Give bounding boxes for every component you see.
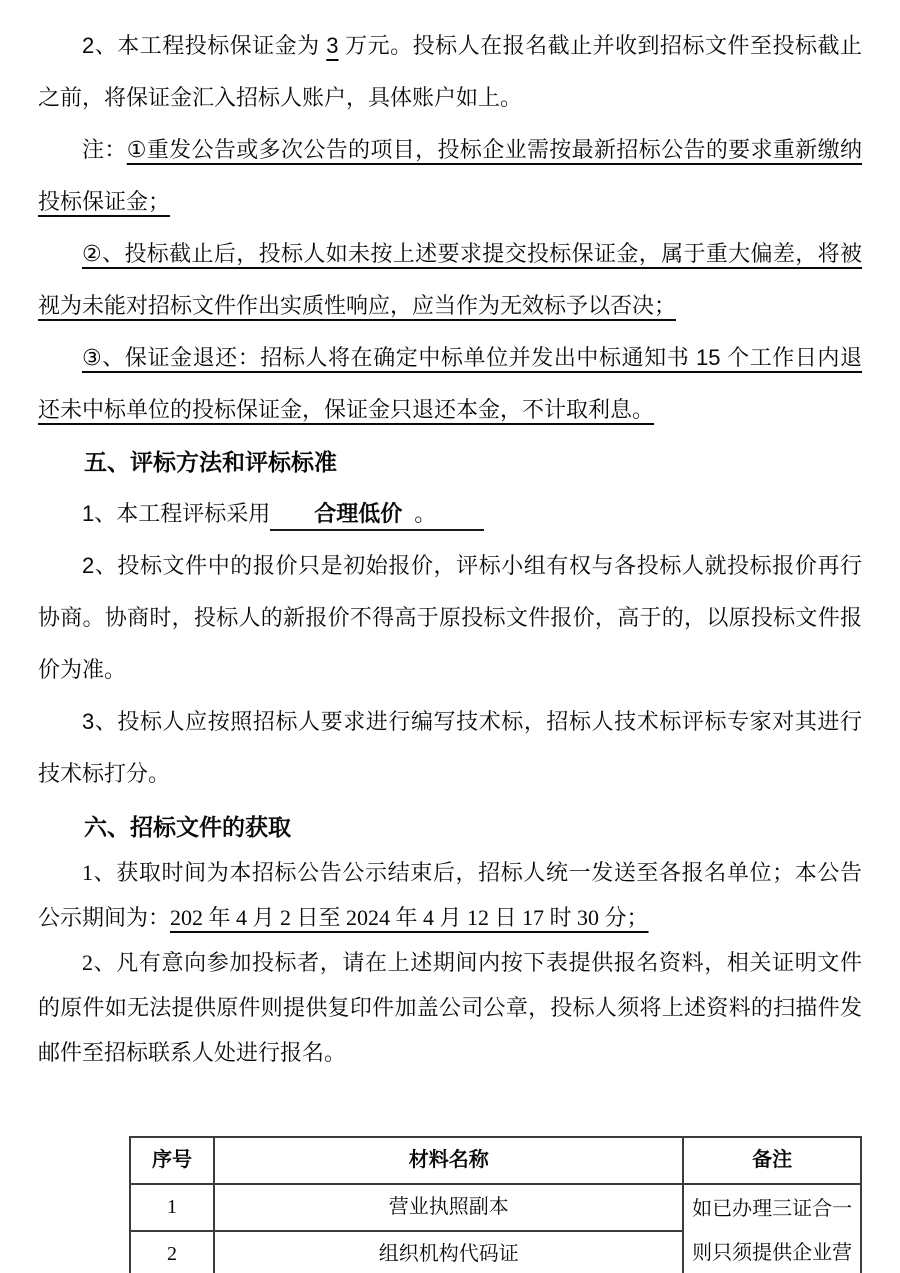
remark-line-2: 则只须提供企业营 [692, 1242, 852, 1264]
header-cell-remark: 备注 [683, 1137, 861, 1184]
section5-item-2: 2、投标文件中的报价只是初始报价，评标小组有权与各投标人就投标报价再行协商。协商… [38, 540, 862, 696]
materials-table: 序号 材料名称 备注 1 营业执照副本 如已办理三证合一则只须提供企业营 2 组… [129, 1136, 862, 1273]
note-label: 注： [82, 137, 127, 162]
evaluation-method-period: 。 [414, 501, 436, 526]
evaluation-method-prefix: 1、本工程评标采用 [82, 501, 270, 526]
note-item-1: 注：①重发公告或多次公告的项目，投标企业需按最新招标公告的要求重新缴纳投标保证金… [38, 124, 862, 228]
note-item-3: ③、保证金退还：招标人将在确定中标单位并发出中标通知书 15 个工作日内退还未中… [38, 332, 862, 436]
header-cell-no: 序号 [130, 1137, 214, 1184]
section6-heading: 六、招标文件的获取 [38, 805, 862, 850]
lower-text-block: 六、招标文件的获取 1、获取时间为本招标公告公示结束后，招标人统一发送至各报名单… [38, 805, 862, 1273]
cell-row1-no: 1 [130, 1184, 214, 1231]
note-item-3-text: ③、保证金退还：招标人将在确定中标单位并发出中标通知书 15 个工作日内退还未中… [38, 345, 862, 422]
evaluation-method-value: 合理低价 [314, 501, 402, 526]
header-cell-name: 材料名称 [214, 1137, 683, 1184]
cell-row1-name: 营业执照副本 [214, 1184, 683, 1231]
document-page: 2、本工程投标保证金为 3 万元。投标人在报名截止并收到招标文件至投标截止之前，… [0, 0, 900, 1273]
evaluation-method-blank: 合理低价。 [270, 501, 484, 531]
note-item-2-text: ②、投标截止后，投标人如未按上述要求提交投标保证金，属于重大偏差，将被视为未能对… [38, 241, 862, 318]
section6-item-2: 2、凡有意向参加投标者，请在上述期间内按下表提供报名资料，相关证明文件的原件如无… [38, 940, 862, 1075]
deposit-amount: 3 [326, 33, 338, 58]
note-item-2: ②、投标截止后，投标人如未按上述要求提交投标保证金，属于重大偏差，将被视为未能对… [38, 228, 862, 332]
table-header-row: 序号 材料名称 备注 [130, 1137, 861, 1184]
cell-row2-no: 2 [130, 1231, 214, 1273]
section5-item-3: 3、投标人应按照招标人要求进行编写技术标，招标人技术标评标专家对其进行技术标打分… [38, 696, 862, 800]
section5-heading: 五、评标方法和评标标准 [38, 436, 862, 488]
note-item-1-text: ①重发公告或多次公告的项目，投标企业需按最新招标公告的要求重新缴纳投标保证金； [38, 137, 862, 214]
publicity-period-dates: 202 年 4 月 2 日至 2024 年 4 月 12 日 17 时 30 分… [170, 905, 663, 930]
section5-item-1: 1、本工程评标采用合理低价。 [38, 488, 862, 540]
remark-line-1: 如已办理三证合一 [692, 1198, 852, 1220]
deposit-text-prefix: 2、本工程投标保证金为 [82, 33, 326, 58]
cell-remark-merged: 如已办理三证合一则只须提供企业营 [683, 1184, 861, 1273]
table-row: 1 营业执照副本 如已办理三证合一则只须提供企业营 [130, 1184, 861, 1231]
upper-text-block: 2、本工程投标保证金为 3 万元。投标人在报名截止并收到招标文件至投标截止之前，… [38, 20, 862, 800]
section6-item-1: 1、获取时间为本招标公告公示结束后，招标人统一发送至各报名单位；本公告公示期间为… [38, 850, 862, 940]
paragraph-bid-deposit: 2、本工程投标保证金为 3 万元。投标人在报名截止并收到招标文件至投标截止之前，… [38, 20, 862, 124]
cell-row2-name: 组织机构代码证 [214, 1231, 683, 1273]
